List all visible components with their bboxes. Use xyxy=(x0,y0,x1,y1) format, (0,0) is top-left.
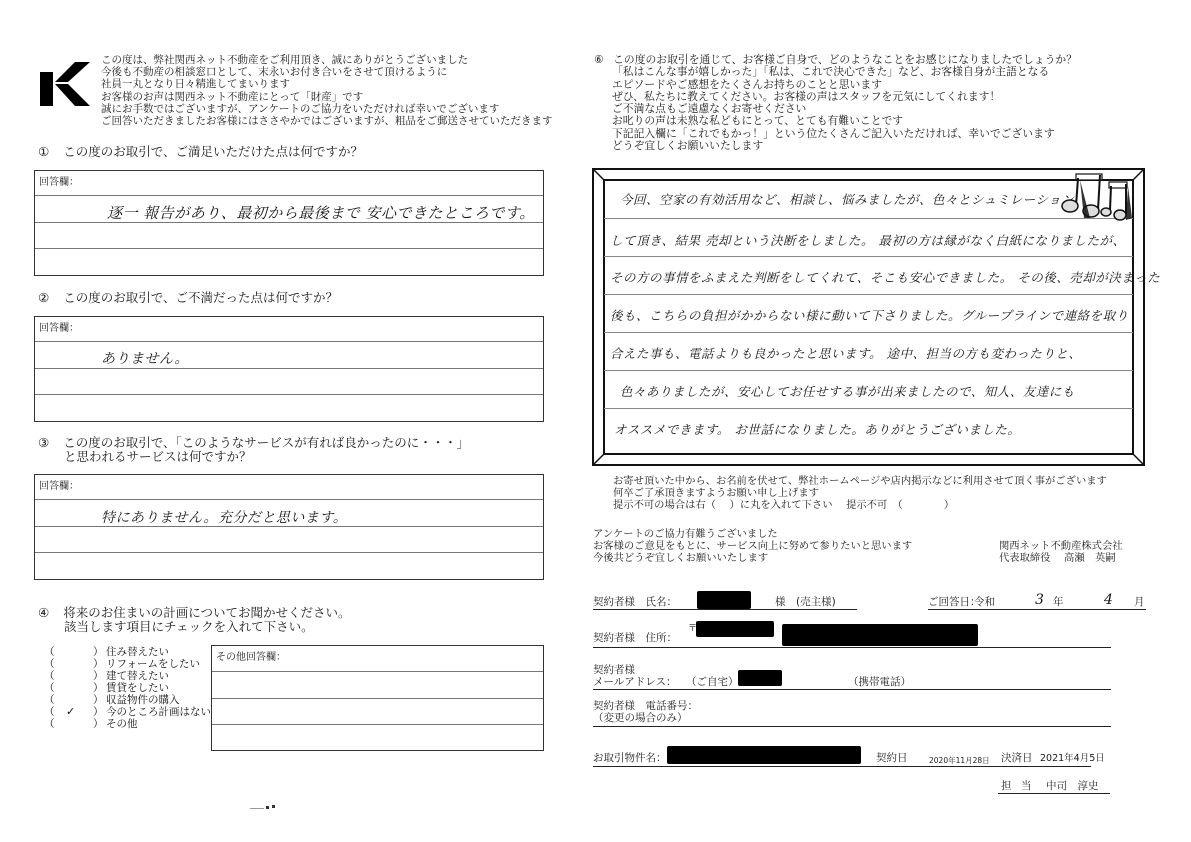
answer-label: 回答欄： xyxy=(39,173,79,188)
redacted-postal-code xyxy=(696,621,774,637)
redacted-name xyxy=(697,591,751,609)
answer-box-q3[interactable]: 回答欄： 特にありません。充分だと思います。 xyxy=(34,474,544,580)
mobile-email-label: （携帯電話） xyxy=(848,676,911,688)
paren-open: （ xyxy=(44,694,55,706)
paren-open: （ xyxy=(44,670,55,682)
question-number: ④ xyxy=(38,605,49,620)
handwritten-line: 色々ありましたが、安心してお任せする事が出来ましたので、知人、友達にも xyxy=(620,382,1075,400)
paren-close: ） xyxy=(93,658,104,670)
question-text: この度のお取引で、ご満足いただけた点は何ですか？ xyxy=(63,144,363,159)
question-text: 該当します項目にチェックを入れて下さい。 xyxy=(64,620,350,634)
year-unit: 年 xyxy=(1053,596,1064,608)
option-label: リフォームをしたい xyxy=(106,658,200,670)
answer-box-q1[interactable]: 回答欄： 逐一 報告があり、最初から最後まで 安心できたところです。 xyxy=(34,170,544,276)
email-label-line: 契約者様 xyxy=(593,664,676,676)
handwritten-answer: ありません。 xyxy=(101,348,189,368)
settlement-date: 2021年4月5日 xyxy=(1040,753,1105,765)
question-number: ① xyxy=(38,144,49,159)
redacted-property-name xyxy=(667,746,861,764)
paren-close: ） xyxy=(93,682,104,694)
phone-label-line: （変更の場合のみ） xyxy=(593,712,698,724)
option-label: 賃貸をしたい xyxy=(106,682,169,694)
staff-name: 中司 淳史 xyxy=(1046,780,1099,792)
option-label: 今のところ計画はない xyxy=(106,706,211,718)
contract-name-label: 契約者様 氏名： xyxy=(593,596,677,608)
notice-line: 何卒ご了承頂きますようお願い申し上げます xyxy=(613,488,1107,500)
contract-date-label: 契約日 xyxy=(876,752,908,764)
question-3-heading: ③ この度のお取引で、「このようなサービスが有れば良かったのに・・・」 と思われ… xyxy=(38,436,469,464)
company-signature: 関西ネット不動産株式会社 代表取締役 高瀬 英嗣 xyxy=(999,541,1123,565)
phone-label-line: 契約者様 電話番号： xyxy=(593,700,698,712)
thanks-message: アンケートのご協力有難うございました お客様のご意見をもとに、サービス向上に努め… xyxy=(593,529,912,564)
email-label-line: メールアドレス： xyxy=(593,676,676,688)
other-answer-box[interactable]: その他回答欄： xyxy=(211,645,544,751)
staff-label: 担 当 xyxy=(1001,780,1034,792)
question-text: 将来のお住まいの計画についてお聞かせください。 xyxy=(63,605,350,620)
intro-line: 社員一丸となり日々精進してまいります xyxy=(101,78,553,90)
redacted-email xyxy=(738,670,782,686)
music-notes-icon xyxy=(1054,170,1134,222)
seller-suffix: 様 (売主様) xyxy=(775,596,836,608)
paren-open: （ xyxy=(44,682,55,694)
plan-checklist: （ ） 住み替えたい （ ） リフォームをしたい （ ） 建て替えたい （ ） … xyxy=(44,646,214,736)
handwritten-line: 後も、こちらの負担がかからない様に動いて下さりました。グループラインで連絡を取り xyxy=(610,306,1129,324)
paren-close: ） xyxy=(93,694,104,706)
paren-open: （ xyxy=(44,718,55,730)
intro-text: この度は、弊社関西ネット不動産をご利用頂き、誠にありがとうございました 今後も不… xyxy=(101,54,553,127)
phone-label: 契約者様 電話番号： （変更の場合のみ） xyxy=(593,700,698,724)
address-label: 契約者様 住所： xyxy=(593,632,677,644)
option-label: その他 xyxy=(106,718,138,730)
era-label: 令和 xyxy=(974,596,995,608)
question-text: この度のお取引で、ご不満だった点は何ですか？ xyxy=(63,290,338,305)
question-2-heading: ② この度のお取引で、ご不満だった点は何ですか？ xyxy=(38,291,338,305)
question-4-heading: ④ 将来のお住まいの計画についてお聞かせください。 該当します項目にチェックを入… xyxy=(38,606,350,634)
publish-notice: お寄せ頂いた中から、お名前を伏せて、弊社ホームページや店内掲示などに利用させて頂… xyxy=(613,476,1107,511)
impression-answer-frame[interactable]: 今回、空家の有効活用など、相談し、悩みましたが、色々とシュミレーション して頂き… xyxy=(592,168,1145,466)
option-label: 建て替えたい xyxy=(106,670,169,682)
paren-close: ） xyxy=(93,706,104,718)
handwritten-line: その方の事情をふまえた判断をしてくれて、そこも安心できました。 その後、売却が決… xyxy=(610,268,1160,286)
question-1-heading: ① この度のお取引で、ご満足いただけた点は何ですか？ xyxy=(38,145,363,159)
paren-open: （ xyxy=(44,706,55,718)
intro-line: ご回答いただきましたお客様にはささやかではございますが、粗品をご郵送させていただ… xyxy=(101,115,553,127)
reply-month[interactable]: 4 xyxy=(1104,592,1113,608)
publish-refusal-field[interactable]: 提示不可の場合は右（ ）に丸を入れて下さい 提示不可 （ ） xyxy=(613,500,1107,512)
thanks-line: お客様のご意見をもとに、サービス向上に努めて参りたいと思います xyxy=(593,541,912,553)
redacted-address xyxy=(782,624,978,646)
paren-close: ） xyxy=(93,646,104,658)
settlement-date-label: 決済日 xyxy=(1001,752,1033,764)
answer-box-q2[interactable]: 回答欄： ありません。 xyxy=(34,316,544,422)
handwritten-answer: 特にありません。充分だと思います。 xyxy=(101,507,347,527)
email-label: 契約者様 メールアドレス： xyxy=(593,664,676,688)
handwritten-line: して頂き、結果 売却という決断をしました。 最初の方は縁がなく白紙になりましたが… xyxy=(610,231,1125,249)
handwritten-answer: 逐一 報告があり、最初から最後まで 安心できたところです。 xyxy=(107,202,535,223)
handwritten-line: 合えた事も、電話よりも良かったと思います。 途中、担当の方も変わったりと、 xyxy=(610,344,1081,362)
representative-name: 代表取締役 高瀬 英嗣 xyxy=(999,553,1123,565)
intro-line: 誠にお手数ではございますが、アンケートのご協力をいただければ幸いでございます xyxy=(101,103,553,115)
reply-date-label: ご回答日： xyxy=(928,596,981,608)
handwritten-line: 今回、空家の有効活用など、相談し、悩みましたが、色々とシュミレーション xyxy=(620,190,1074,208)
reply-year[interactable]: 3 xyxy=(1035,592,1044,608)
question-text: この度のお取引で、「このようなサービスが有れば良かったのに・・・」 xyxy=(63,435,469,450)
answer-label: 回答欄： xyxy=(39,319,79,334)
intro-line: この度は、弊社関西ネット不動産をご利用頂き、誠にありがとうございました xyxy=(101,54,553,66)
question-number: ② xyxy=(38,290,49,305)
paren-close: ） xyxy=(93,670,104,682)
question-6-heading: ⑥ この度のお取引を通じて、お客様ご自身で、どのようなことをお感じになりましたで… xyxy=(594,54,1077,152)
intro-line: 今後も不動産の相談窓口として、末永いお付き合いをさせて頂けるように xyxy=(101,66,553,78)
question-text: お叱りの声は未熟な私どもにとって、とても有難いことです xyxy=(612,115,1077,127)
home-email-label: （ご自宅） xyxy=(686,676,739,688)
paren-open: （ xyxy=(44,658,55,670)
paren-close: ） xyxy=(93,718,104,730)
other-answer-label: その他回答欄： xyxy=(216,648,286,663)
month-unit: 月 xyxy=(1134,596,1145,608)
option-label: 収益物件の購入 xyxy=(106,694,180,706)
option-label: 住み替えたい xyxy=(106,646,169,658)
question-text: と思われるサービスは何ですか？ xyxy=(64,450,469,464)
question-text: 「私はこんな事が嬉しかった」「私は、これで決心できた」など、お客様自身が主語とな… xyxy=(612,66,1077,78)
question-text: どうぞ宜しくお願いいたします xyxy=(612,140,1077,152)
question-number: ③ xyxy=(38,435,49,450)
check-mark: ✓ xyxy=(66,706,75,718)
property-label: お取引物件名： xyxy=(593,752,667,764)
company-logo xyxy=(40,62,90,106)
scan-speck xyxy=(250,806,278,810)
intro-line: お客様のお声は関西ネット不動産にとって「財産」です xyxy=(101,91,553,103)
answer-label: 回答欄： xyxy=(39,477,79,492)
paren-open: （ xyxy=(44,646,55,658)
handwritten-line: オススメできます。 お世話になりました。ありがとうございました。 xyxy=(614,420,1020,438)
question-number: ⑥ xyxy=(594,53,604,66)
thanks-line: 今後共どうぞ宜しくお願いいたします xyxy=(593,553,912,565)
